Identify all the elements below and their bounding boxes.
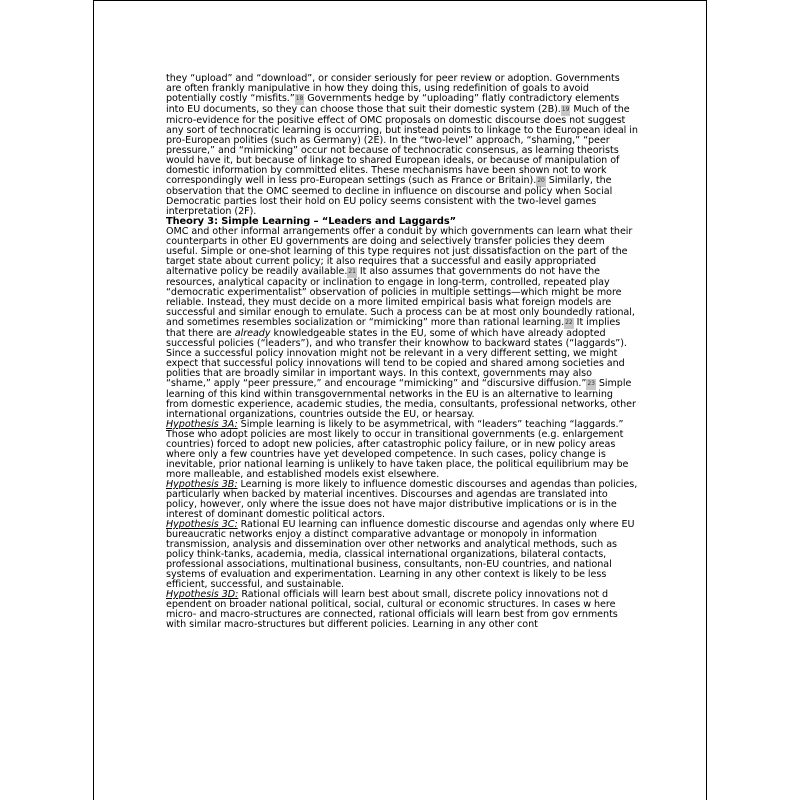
- text-run: knowledgeable states in the EU, some of …: [166, 328, 627, 389]
- paragraph-theory3: OMC and other informal arrangements offe…: [166, 227, 638, 420]
- hypothesis-text: Learning is more likely to influence dom…: [166, 479, 637, 520]
- hypothesis-3b: Hypothesis 3B: Learning is more likely t…: [166, 480, 638, 520]
- text-run: Much of the micro-evidence for the posit…: [166, 104, 638, 186]
- document-page: they “upload” and “download”, or conside…: [93, 0, 707, 800]
- hypothesis-text: Simple learning is likely to be asymmetr…: [166, 419, 628, 480]
- hypothesis-text: Rational EU learning can influence domes…: [166, 519, 635, 590]
- hypothesis-3c: Hypothesis 3C: Rational EU learning can …: [166, 520, 638, 590]
- hypothesis-3a: Hypothesis 3A: Simple learning is likely…: [166, 420, 638, 480]
- paragraph-intro: they “upload” and “download”, or conside…: [166, 74, 638, 217]
- page-content: they “upload” and “download”, or conside…: [166, 74, 638, 630]
- hypothesis-3d: Hypothesis 3D: Rational officials will l…: [166, 590, 638, 630]
